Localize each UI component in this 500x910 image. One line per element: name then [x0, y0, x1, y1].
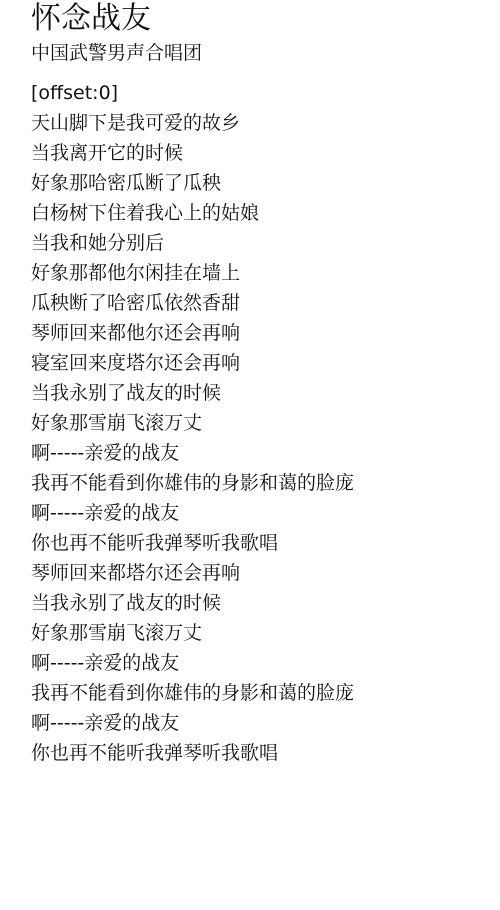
lyric-line: 你也再不能听我弹琴听我歌唱: [31, 528, 491, 558]
lyric-line: 天山脚下是我可爱的故乡: [31, 108, 491, 138]
lyrics-body: [offset:0] 天山脚下是我可爱的故乡 当我离开它的时候 好象那哈密瓜断了…: [31, 78, 491, 768]
lyric-line: 好象那都他尔闲挂在墙上: [31, 258, 491, 288]
lyric-line: 琴师回来都他尔还会再响: [31, 318, 491, 348]
lyric-line: 当我离开它的时候: [31, 138, 491, 168]
lyric-line: 白杨树下住着我心上的姑娘: [31, 198, 491, 228]
lyric-line: 啊-----亲爱的战友: [31, 438, 491, 468]
lyric-line: 琴师回来都塔尔还会再响: [31, 558, 491, 588]
lyric-line: 我再不能看到你雄伟的身影和蔼的脸庞: [31, 678, 491, 708]
lyric-line: 当我和她分别后: [31, 228, 491, 258]
lyric-line: 寝室回来度塔尔还会再响: [31, 348, 491, 378]
lyric-line: 当我永别了战友的时候: [31, 378, 491, 408]
lyric-line: 瓜秧断了哈密瓜依然香甜: [31, 288, 491, 318]
lyric-line: 好象那哈密瓜断了瓜秧: [31, 168, 491, 198]
lyric-line: 当我永别了战友的时候: [31, 588, 491, 618]
song-artist: 中国武警男声合唱团: [31, 38, 491, 68]
lyric-line: 啊-----亲爱的战友: [31, 498, 491, 528]
lyric-line: 我再不能看到你雄伟的身影和蔼的脸庞: [31, 468, 491, 498]
lyrics-page: 怀念战友 中国武警男声合唱团 [offset:0] 天山脚下是我可爱的故乡 当我…: [31, 0, 491, 768]
lyric-line: 你也再不能听我弹琴听我歌唱: [31, 738, 491, 768]
lyric-offset-tag: [offset:0]: [31, 78, 491, 108]
lyric-line: 啊-----亲爱的战友: [31, 648, 491, 678]
lyric-line: 好象那雪崩飞滚万丈: [31, 408, 491, 438]
lyric-line: 啊-----亲爱的战友: [31, 708, 491, 738]
lyric-line: 好象那雪崩飞滚万丈: [31, 618, 491, 648]
song-title: 怀念战友: [31, 0, 491, 38]
